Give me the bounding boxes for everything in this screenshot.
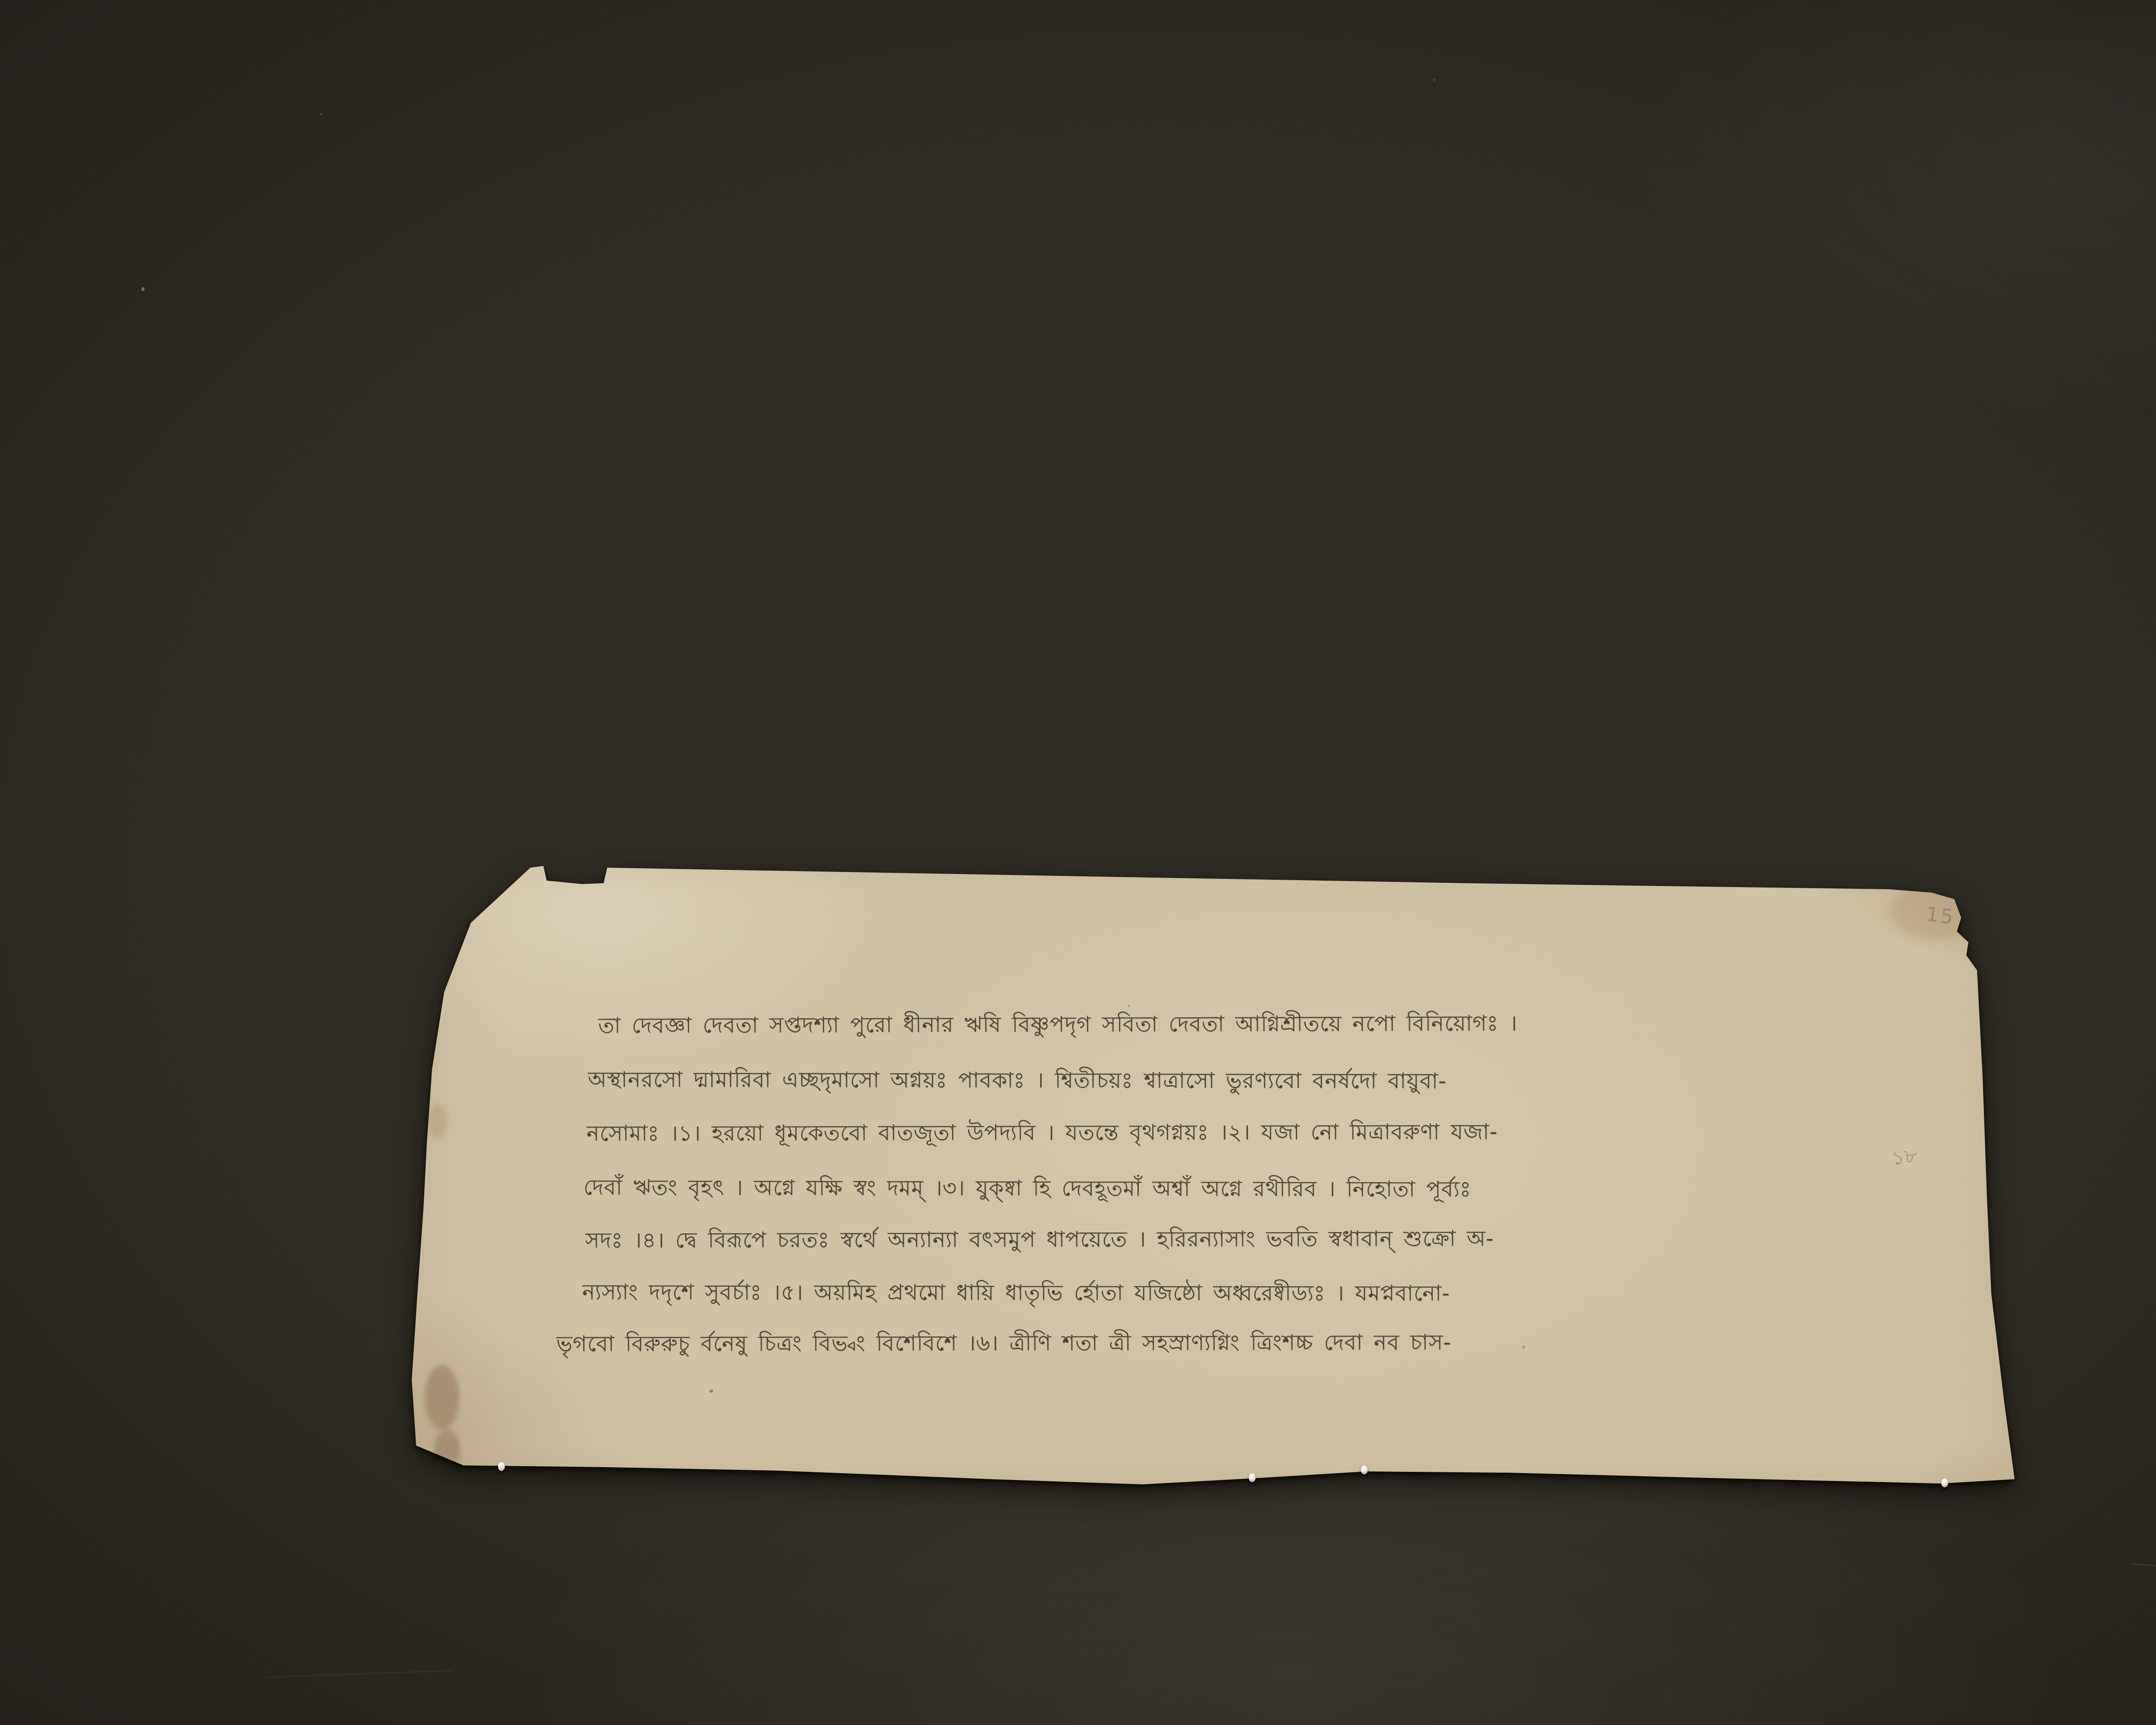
scratch-mark xyxy=(2131,1563,2156,1591)
manuscript-paper: 15 ১৮ তা দেবজ্ঞা দেবতা সপ্তদশ্যা পুরো ধী… xyxy=(412,862,2016,1488)
manuscript-line: তা দেবজ্ঞা দেবতা সপ্তদশ্যা পুরো ধীনার ঋষ… xyxy=(598,1006,1517,1045)
scratch-mark xyxy=(267,1670,453,1678)
manuscript-text-block: তা দেবজ্ঞা দেবতা সপ্তদশ্যা পুরো ধীনার ঋষ… xyxy=(412,862,2016,1488)
manuscript-page: 15 ১৮ তা দেবজ্ঞা দেবতা সপ্তদশ্যা পুরো ধী… xyxy=(412,862,2016,1488)
photo-background-board: 15 ১৮ তা দেবজ্ঞা দেবতা সপ্তদশ্যা পুরো ধী… xyxy=(0,0,2156,1725)
push-pin xyxy=(1249,1473,1256,1482)
push-pin xyxy=(498,1462,505,1471)
dust-speck xyxy=(141,287,144,291)
manuscript-line: ন্যস্যাং দদৃশে সুবর্চাঃ ।৫। অয়মিহ প্রথম… xyxy=(582,1275,1450,1313)
manuscript-line: সদঃ ।৪। দ্বে বিরূপে চরতঃ স্বর্থে অন্যান্… xyxy=(585,1221,1494,1260)
manuscript-line: দেবাঁ ঋতং বৃহৎ । অগ্নে যক্ষি স্বং দমম্ ।… xyxy=(583,1170,1472,1209)
manuscript-line: ভৃগবো বিরুরুচু র্বনেষু চিত্রং বিভ্বং বিশ… xyxy=(556,1325,1451,1364)
manuscript-line: অস্থানরসো দ্মামারিবা এচ্ছদৃমাসো অগ্নয়ঃ … xyxy=(588,1062,1447,1101)
push-pin xyxy=(1361,1465,1368,1474)
dust-speck xyxy=(320,113,322,115)
manuscript-line: নসোমাঃ ।১। হরয়ো ধূমকেতবো বাতজূতা উপদ্যব… xyxy=(586,1114,1498,1153)
push-pin xyxy=(1941,1478,1948,1487)
dust-speck xyxy=(1433,78,1435,81)
